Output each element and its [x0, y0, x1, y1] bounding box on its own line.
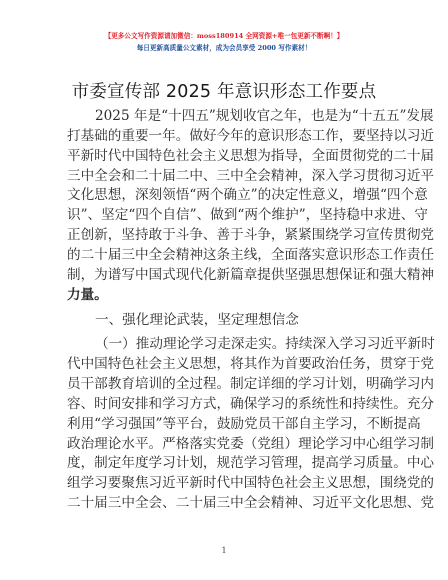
paragraph-line: 度，制定年度学习计划，规范学习管理，提高学习质量。中心 [67, 454, 385, 474]
paragraph-line: 制，为谱写中国式现代化新篇章提供坚强思想保证和强大精神 [67, 266, 385, 286]
paragraph-line: 员干部教育培训的全过程。制定详细的学习计划，明确学习内 [67, 375, 385, 395]
paragraph-line: 二十届三中全会、二十届三中全会精神、习近平文化思想、党 [67, 494, 385, 514]
paragraph-line: 政治理论水平。严格落实党委（党组）理论学习中心组学习制 [67, 435, 385, 455]
document-page: 【更多公文写作资源请加微信：moss180914 全网资源+唯一包更新不断啊！】… [0, 0, 448, 580]
paragraph-line: 三中全会和二十届二中、三中全会精神，深入学习贯彻习近平 [67, 167, 385, 187]
paragraph-line: 平新时代中国特色社会主义思想为指导，全面贯彻党的二十届 [67, 147, 385, 167]
promo-banner-line-2: 每日更新高质量公文素材，成为会员享受 2000 写作素材！ [0, 42, 448, 52]
document-title: 市委宣传部 2025 年意识形态工作要点 [0, 78, 448, 103]
intro-paragraph: 2025 年是“十四五”规划收官之年，也是为“十五五”发展 打基础的重要一年。做… [67, 107, 385, 305]
paragraph-line: 正创新，坚持敢于斗争、善于斗争，紧紧围绕学习宣传贯彻党 [67, 226, 385, 246]
paragraph-line: 识”、坚定“四个自信”、做到“两个维护”，坚持稳中求进、守 [67, 206, 385, 226]
paragraph-line: （一）推动理论学习走深走实。持续深入学习习近平新时 [67, 335, 385, 355]
paragraph-line: 代中国特色社会主义思想，将其作为首要政治任务，贯穿于党 [67, 355, 385, 375]
paragraph-line: 文化思想，深刻领悟“两个确立”的决定性意义，增强“四个意 [67, 186, 385, 206]
paragraph-line: 利用“学习强国”等平台，鼓励党员干部自主学习，不断提高 [67, 415, 385, 435]
paragraph-line: 2025 年是“十四五”规划收官之年，也是为“十五五”发展 [67, 107, 385, 127]
page-number: 1 [0, 546, 448, 555]
document-body: 2025 年是“十四五”规划收官之年，也是为“十五五”发展 打基础的重要一年。做… [67, 107, 385, 514]
paragraph-line: 力量。 [67, 286, 385, 306]
paragraph-line: 的二十届三中全会精神这条主线，全面落实意识形态工作责任 [67, 246, 385, 266]
section-heading: 一、强化理论武装，坚定理想信念 [67, 311, 385, 331]
paragraph-line: 容、时间安排和学习方式，确保学习的系统性和持续性。充分 [67, 395, 385, 415]
promo-banner-line-1: 【更多公文写作资源请加微信：moss180914 全网资源+唯一包更新不断啊！】 [0, 30, 448, 40]
paragraph-line: 组学习要聚焦习近平新时代中国特色社会主义思想，围绕党的 [67, 474, 385, 494]
subsection-paragraph: （一）推动理论学习走深走实。持续深入学习习近平新时 代中国特色社会主义思想，将其… [67, 335, 385, 514]
paragraph-line: 打基础的重要一年。做好今年的意识形态工作，要坚持以习近 [67, 127, 385, 147]
